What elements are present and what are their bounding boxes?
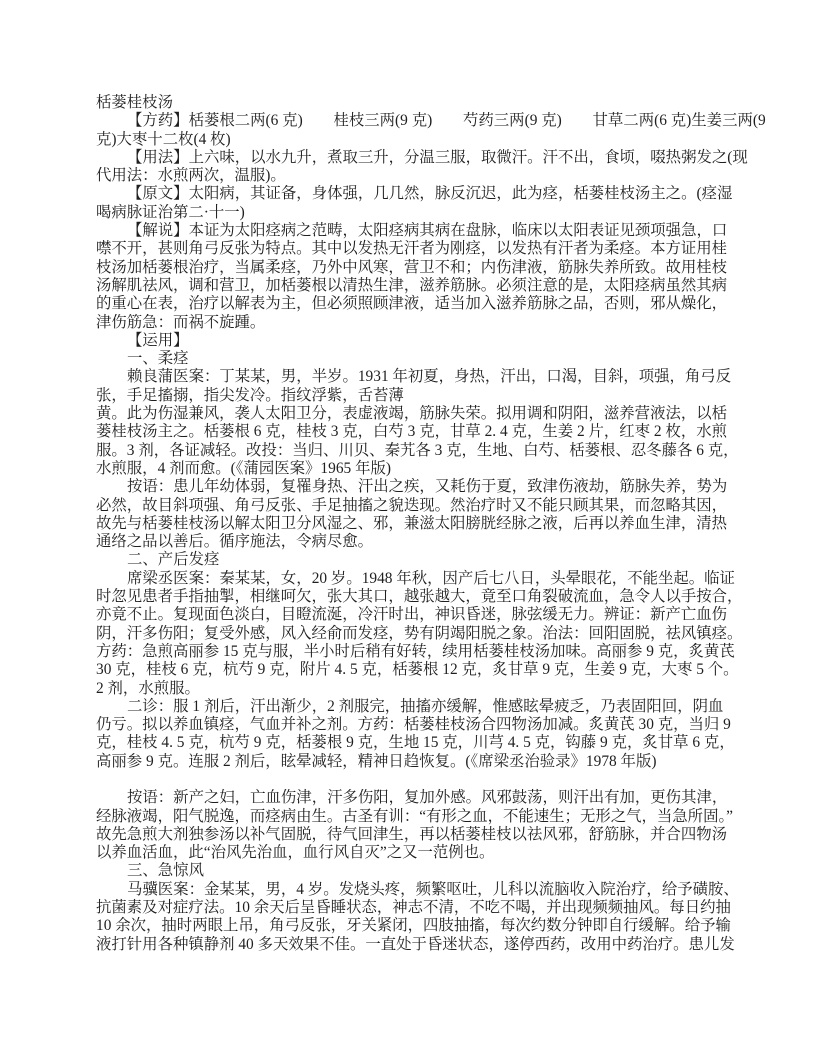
text-line: 黄。此为伤湿兼风，袭人太阳卫分，表虚液竭，筋脉失荣。拟用调和阴阳，滋养营液法，以…: [96, 405, 720, 423]
text-line: 液打针用各种镇静剂 40 多天效果不佳。一直处于昏迷状态，遂停西药，改用中药治疗…: [96, 936, 720, 954]
text-line: 赖良蒲医案：丁某某，男，半岁。1931 年初夏，身热，汗出，口渴，目斜，项强，角…: [96, 368, 720, 386]
text-line: 【方药】栝蒌根二两(6 克) 桂枝三两(9 克) 芍药三两(9 克) 甘草二两(…: [96, 112, 720, 130]
document-page: 栝蒌桂枝汤【方药】栝蒌根二两(6 克) 桂枝三两(9 克) 芍药三两(9 克) …: [0, 0, 816, 1056]
text-line: 【运用】: [96, 332, 720, 350]
text-line: 故先与栝蒌桂枝汤以解太阳卫分风湿之、邪，兼滋太阳膀胱经脉之液，后再以养血生津，清…: [96, 515, 720, 533]
text-line: 二、产后发痉: [96, 551, 720, 569]
text-line: 三、急惊风: [96, 862, 720, 880]
text-line: 津伤筋急：而祸不旋踵。: [96, 314, 720, 332]
text-line: 喝病脉证治第二·十一): [96, 204, 720, 222]
text-line: 克)大枣十二枚(4 枚): [96, 131, 720, 149]
text-line: 亦竟不止。复现面色淡白，目瞪流涎，冷汗时出，神识昏迷，脉弦缓无力。辨证：新产亡血…: [96, 606, 720, 624]
text-line: 抗菌素及对症疗法。10 余天后呈昏睡状态，神志不清，不吃不喝，并出现频频抽风。每…: [96, 899, 720, 917]
text-line: 克，桂枝 4. 5 克，杭芍 9 克，栝蒌根 9 克，生地 15 克，川芎 4.…: [96, 734, 720, 752]
blank-line: [96, 771, 720, 789]
text-line: 的重心在表，治疗以解表为主，但必须照顾津液，适当加入滋养筋脉之品，否则，邪从燥化…: [96, 295, 720, 313]
text-line: 【原文】太阳病，其证备，身体强，几几然，脉反沉迟，此为痉，栝蒌桂枝汤主之。(痉湿: [96, 185, 720, 203]
text-line: 30 克，桂枝 6 克，杭芍 9 克，附片 4. 5 克，栝蒌根 12 克，炙甘…: [96, 661, 720, 679]
text-line: 代用法：水煎两次，温服)。: [96, 167, 720, 185]
text-line: 席梁丞医案：秦某某，女，20 岁。1948 年秋，因产后七八日，头晕眼花，不能坐…: [96, 570, 720, 588]
text-line: 通络之品以善后。循序施法，令病尽愈。: [96, 533, 720, 551]
text-line: 故先急煎大剂独参汤以补气固脱，待气回津生，再以栝蒌桂枝以祛风邪，舒筋脉，并合四物…: [96, 826, 720, 844]
text-line: 【解说】本证为太阳痉病之范畴，太阳痉病其病在盘脉，临床以太阳表证见颈项强急，口: [96, 222, 720, 240]
text-line: 噤不开，甚则角弓反张为特点。其中以发热无汗者为刚痉，以发热有汗者为柔痉。本方证用…: [96, 240, 720, 258]
text-line: 高丽参 9 克。连服 2 剂后，眩晕减轻，精神日趋恢复。(《席梁丞治验录》197…: [96, 753, 720, 771]
text-line: 阴，汗多伤阳；复受外感，风入经俞而发痉，势有阴竭阳脱之象。治法：回阳固脱，祛风镇…: [96, 625, 720, 643]
text-line: 方药：急煎高丽参 15 克与服，半小时后稍有好转，续用栝蒌桂枝汤加味。高丽参 9…: [96, 643, 720, 661]
text-line: 二诊：服 1 剂后，汗出渐少，2 剂服完，抽搐亦缓解，惟感眩晕疲乏，乃表固阳回，…: [96, 698, 720, 716]
text-line: 马骥医案：金某某，男，4 岁。发烧头疼，频繁呕吐，儿科以流脑收入院治疗，给予磺胺…: [96, 881, 720, 899]
text-line: 枝汤加栝蒌根治疗，当属柔痉，乃外中风寒，营卫不和；内伤津液，筋脉失养所致。故用桂…: [96, 259, 720, 277]
text-line: 服。3 剂，各证减轻。改投：当归、川贝、秦艽各 3 克，生地、白芍、栝蒌根、忍冬…: [96, 442, 720, 460]
text-line: 张，手足搐搦，指尖发冷。指纹浮紫，舌苔薄: [96, 387, 720, 405]
text-line: 经脉液竭，阳气脱逸，而痉病由生。古圣有训：“有形之血，不能速生；无形之气，当急所…: [96, 808, 720, 826]
text-line: 必然，故目斜项强、角弓反张、手足抽搐之貌迭现。然治疗时又不能只顾其果，而忽略其因…: [96, 497, 720, 515]
document-title: 栝蒌桂枝汤: [96, 94, 720, 112]
text-line: 水煎服，4 剂而愈。(《蒲园医案》1965 年版): [96, 460, 720, 478]
text-line: 2 剂，水煎服。: [96, 680, 720, 698]
text-line: 仍亏。拟以养血镇痉，气血并补之剂。方药：栝蒌桂枝汤合四物汤加减。炙黄芪 30 克…: [96, 716, 720, 734]
text-line: 蒌桂枝汤主之。栝蒌根 6 克，桂枝 3 克，白芍 3 克，甘草 2. 4 克，生…: [96, 423, 720, 441]
text-line: 按语：患儿年幼体弱，复罹身热、汗出之疾，又耗伤于夏，致津伤液劫，筋脉失养，势为: [96, 478, 720, 496]
text-line: 汤解肌祛风，调和营卫，加栝蒌根以清热生津，滋养筋脉。必须注意的是，太阳痉病虽然其…: [96, 277, 720, 295]
text-line: 10 余次，抽时两眼上吊，角弓反张，牙关紧闭，四肢抽搐，每次约数分钟即自行缓解。…: [96, 917, 720, 935]
text-line: 时忽见患者手指抽掣，相继呵欠，张大其口，越张越大，竟至口角裂破流血，急令人以手按…: [96, 588, 720, 606]
text-line: 一、柔痉: [96, 350, 720, 368]
text-line: 以养血活血，此“治风先治血，血行风自灭”之又一范例也。: [96, 844, 720, 862]
text-line: 【用法】上六味，以水九升，煮取三升，分温三服，取微汗。汗不出，食顷，啜热粥发之(…: [96, 149, 720, 167]
text-line: 按语：新产之妇，亡血伤津，汗多伤阳，复加外感。风邪鼓荡，则汗出有加，更伤其津，: [96, 789, 720, 807]
